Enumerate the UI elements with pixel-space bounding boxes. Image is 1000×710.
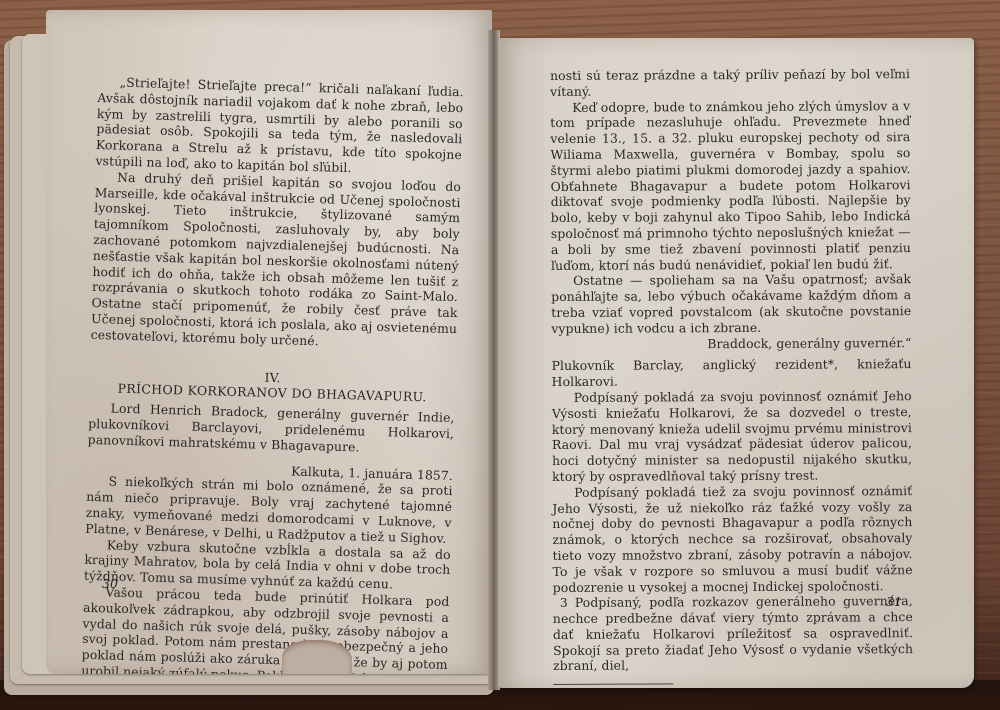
paragraph: S niekoľkých strán mi bolo oznámené, že … [85,473,453,546]
right-page-text: nosti sú teraz prázdne a taký príliv peň… [550,66,913,688]
paragraph: „Strieľajte! Strieľajte preca!“ kričali … [95,74,464,179]
letter-signature: Braddock, generálny guvernér.“ [551,335,911,353]
paragraph: Keď odopre, bude to známkou jeho zlých ú… [550,98,911,274]
letter-header: Plukovník Barclay, anglický rezident*, k… [552,356,912,389]
paragraph: Vašou prácou teda bude prinútiť Holkara … [81,584,450,674]
footnote-divider [553,684,673,686]
paragraph: Podpísaný pokladá za svoju povinnosť ozn… [552,388,912,485]
left-page: „Strieľajte! Strieľajte preca!“ kričali … [46,10,492,674]
paragraph: nosti sú teraz prázdne a taký príliv peň… [550,66,910,99]
page-number: 31 [886,594,902,609]
left-page-text: „Strieľajte! Strieľajte preca!“ kričali … [81,74,464,674]
paragraph: Na druhý deň prišiel kapitán so svojou l… [91,169,462,353]
signature-mark: 3 [560,596,568,610]
right-page: nosti sú teraz prázdne a taký príliv peň… [498,38,974,688]
torn-page-edge [282,640,352,674]
page-number: 30 [102,576,118,591]
paragraph: Podpísaný pokladá tiež za svoju povinnos… [552,483,913,595]
paragraph: Podpísaný, podľa rozkazov generálneho gu… [553,593,913,674]
paragraph: Ostatne — spolieham sa na Vašu opatrnosť… [551,271,911,336]
